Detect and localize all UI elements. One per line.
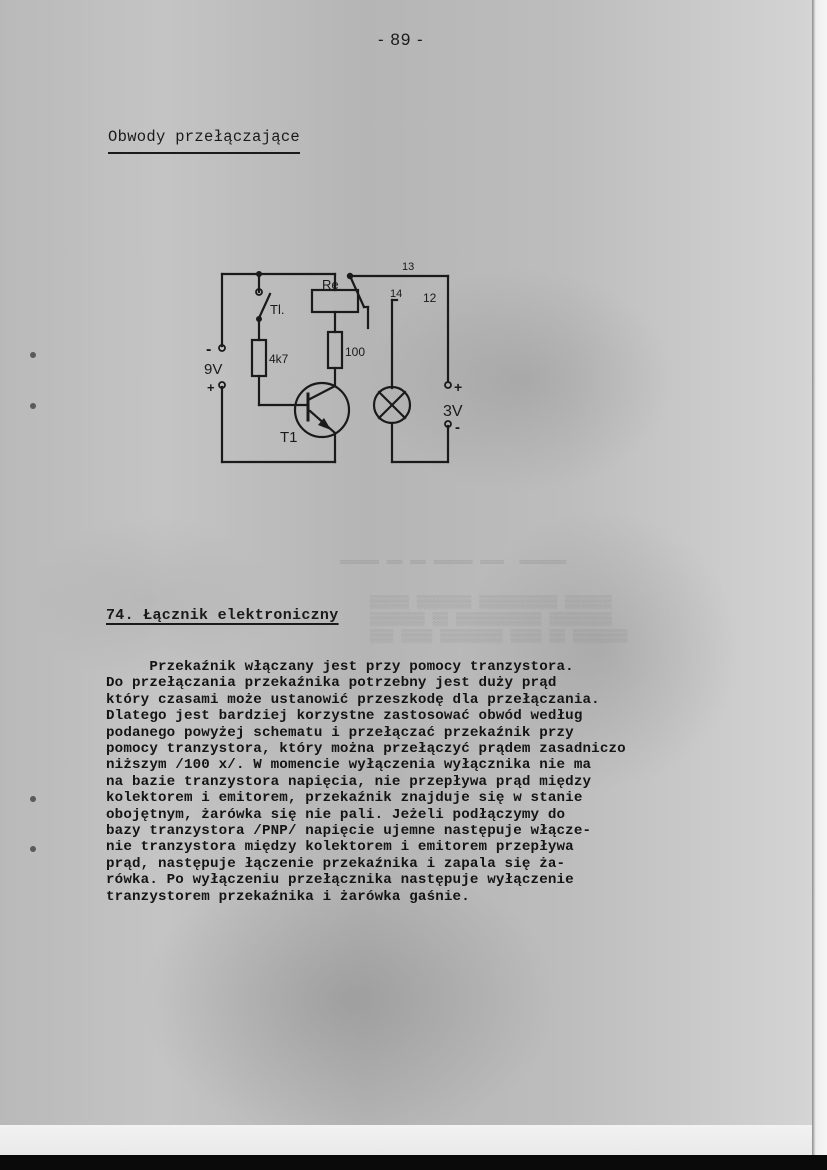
label-contact-14: 14 <box>390 288 402 300</box>
label-3v-plus: + <box>454 379 462 395</box>
body-line: Przekaźnik włączany jest przy pomocy tra… <box>106 659 746 675</box>
body-line: prąd, następuje łączenie przekaźnika i z… <box>106 856 746 872</box>
label-9v-minus: - <box>206 341 211 358</box>
body-line: kolektorem i emitorem, przekaźnik znajdu… <box>106 790 746 806</box>
body-line: który czasami może ustanowić przeszkodę … <box>106 692 746 708</box>
label-9v: 9V <box>204 361 222 378</box>
label-relay: Re <box>322 277 339 292</box>
scan-bottom-margin <box>0 1125 812 1155</box>
article-heading: 74. Łącznik elektroniczny <box>106 607 339 624</box>
scan-border <box>0 1155 827 1170</box>
body-line: pomocy tranzystora, który można przełącz… <box>106 741 746 757</box>
scanned-page: ══════ ═══ ═════ ══ ══ ═════ ▒▒▒▒▒▒ ▒▒▒▒… <box>0 0 812 1125</box>
page-number: - 89 - <box>378 30 424 50</box>
show-through-text: ══════ ═══ ═════ ══ ══ ═════ <box>340 555 566 570</box>
label-contact-13: 13 <box>402 261 414 273</box>
punch-hole-mark <box>30 403 36 409</box>
circuit-diagram: Re Tl. 4k7 100 T1 - 9V + + 3V - 13 14 12 <box>190 250 480 480</box>
punch-hole-mark <box>30 796 36 802</box>
body-line: niższym /100 x/. W momencie wyłączenia w… <box>106 757 746 773</box>
body-line: rówka. Po wyłączeniu przełącznika następ… <box>106 872 746 888</box>
body-line: obojętnym, żarówka się nie pali. Jeżeli … <box>106 807 746 823</box>
label-switch: Tl. <box>270 302 284 317</box>
body-line: nie tranzystora między kolektorem i emit… <box>106 839 746 855</box>
label-base-resistor: 4k7 <box>269 352 289 366</box>
show-through-text: ▒▒▒▒▒▒ ▒▒▒▒▒▒▒▒▒▒ ▒▒▒▒▒▒▒ ▒▒▒▒▒ <box>370 595 612 610</box>
label-collector-resistor: 100 <box>345 345 365 359</box>
label-3v: 3V <box>443 403 463 420</box>
label-transistor: T1 <box>280 429 298 446</box>
body-line: podanego powyżej schematu i przełączać p… <box>106 725 746 741</box>
label-contact-12: 12 <box>423 291 437 305</box>
scan-right-edge <box>812 0 827 1155</box>
body-line: na bazie tranzystora napięcia, nie przep… <box>106 774 746 790</box>
body-line: Dlatego jest bardziej korzystne zastosow… <box>106 708 746 724</box>
label-3v-minus: - <box>455 419 460 436</box>
body-line: bazy tranzystora /PNP/ napięcie ujemne n… <box>106 823 746 839</box>
show-through-text: ▒▒▒▒▒▒▒ ▒▒ ▒▒▒▒ ▒▒▒▒▒▒▒▒ ▒▒▒▒ ▒▒▒ <box>370 629 627 644</box>
label-9v-plus: + <box>207 380 215 395</box>
show-through-text: ▒▒▒▒▒▒▒▒ ▒▒▒▒▒▒▒▒▒▒▒ ▒▒ ▒▒▒▒▒▒▒ <box>370 612 612 627</box>
body-line: Do przełączania przekaźnika potrzebny je… <box>106 675 746 691</box>
section-title: Obwody przełączające <box>108 128 300 154</box>
body-line: tranzystorem przekaźnika i żarówka gaśni… <box>106 889 746 905</box>
punch-hole-mark <box>30 846 36 852</box>
article-body: Przekaźnik włączany jest przy pomocy tra… <box>106 659 746 905</box>
punch-hole-mark <box>30 352 36 358</box>
